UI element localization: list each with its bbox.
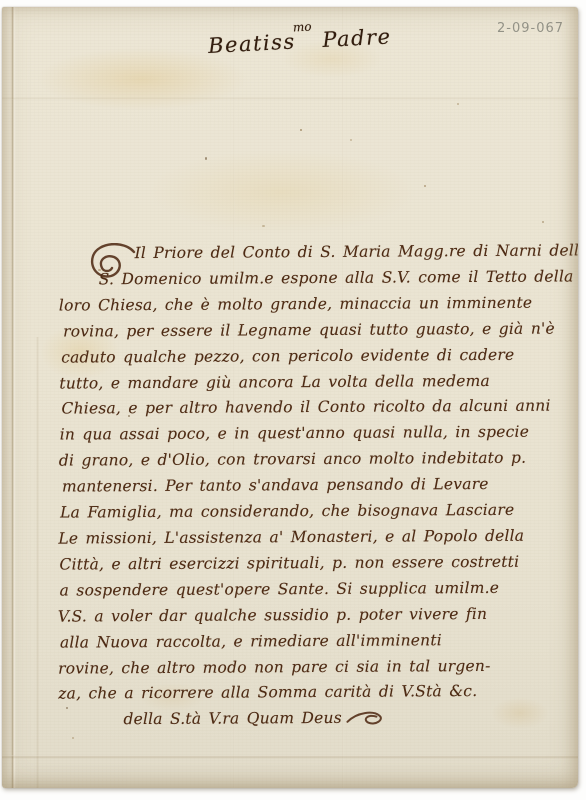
manuscript-page: 2-09-067 Beatissmo Padre Il Priore del C… [2,7,578,788]
scanned-letter: { "document": { "catalog_number": "2-09-… [0,0,586,800]
letter-line: di grano, e d'Olio, con trovarsi anco mo… [56,446,574,475]
letter-line: rovine, che altro modo non pare ci sia i… [57,653,575,682]
letter-line: S. Domenico umilm.e espone alla S.V. com… [55,264,573,293]
letter-line: Chiesa, e per altro havendo il Conto ric… [55,394,573,423]
catalog-number: 2-09-067 [497,21,564,36]
letter-line: in qua assai poco, e in quest'anno quasi… [56,420,574,449]
paper-speck [424,185,426,187]
letter-line: Città, e altri esercizzi spirituali, p. … [56,549,574,578]
letter-line: mantenersi. Per tanto s'andava pensando … [56,472,574,501]
paper-speck [457,103,459,105]
letter-line: V.S. a voler dar qualche sussidio p. pot… [57,601,575,630]
paper-speck [542,221,544,223]
letter-line: caduto qualche pezzo, con pericolo evide… [55,342,573,371]
letter-line: tutto, e mandare giù ancora La volta del… [55,368,573,397]
fold-crease-top [2,97,578,100]
closing-text: della S.tà V.ra Quam Deus [123,709,342,728]
paper-speck [262,225,265,227]
letter-line: rovina, per essere il Legname quasi tutt… [55,316,573,345]
fold-crease-left [11,7,16,788]
letter-line: alla Nuova raccolta, e rimediare all'imm… [57,627,575,656]
letter-closing-line: della S.tà V.ra Quam Deus [57,705,575,734]
salutation-superscript: mo [293,20,312,35]
letter-line: La Famiglia, ma considerando, che bisogn… [56,497,574,526]
signature-flourish-icon [346,710,386,728]
paper-speck [72,737,74,739]
letter-line: loro Chiesa, che è molto grande, minacci… [55,290,573,319]
fold-crease-left-lower [36,337,39,788]
letter-salutation: Beatissmo Padre [208,24,399,58]
paper-speck [205,157,207,160]
letter-body: Il Priore del Conto di S. Maria Magg.re … [55,238,576,733]
salutation-main: Beatiss [208,29,297,58]
paper-speck [300,129,302,131]
letter-line: Le missioni, L'assistenza a' Monasteri, … [56,523,574,552]
letter-line: a sospendere quest'opere Sante. Si suppl… [57,575,575,604]
salutation-rest: Padre [322,24,392,52]
paper-speck [350,139,352,141]
letter-line: Il Priore del Conto di S. Maria Magg.re … [55,238,573,267]
fold-crease-bottom [2,755,578,759]
letter-line: za, che a ricorrere alla Somma carità di… [57,679,575,708]
